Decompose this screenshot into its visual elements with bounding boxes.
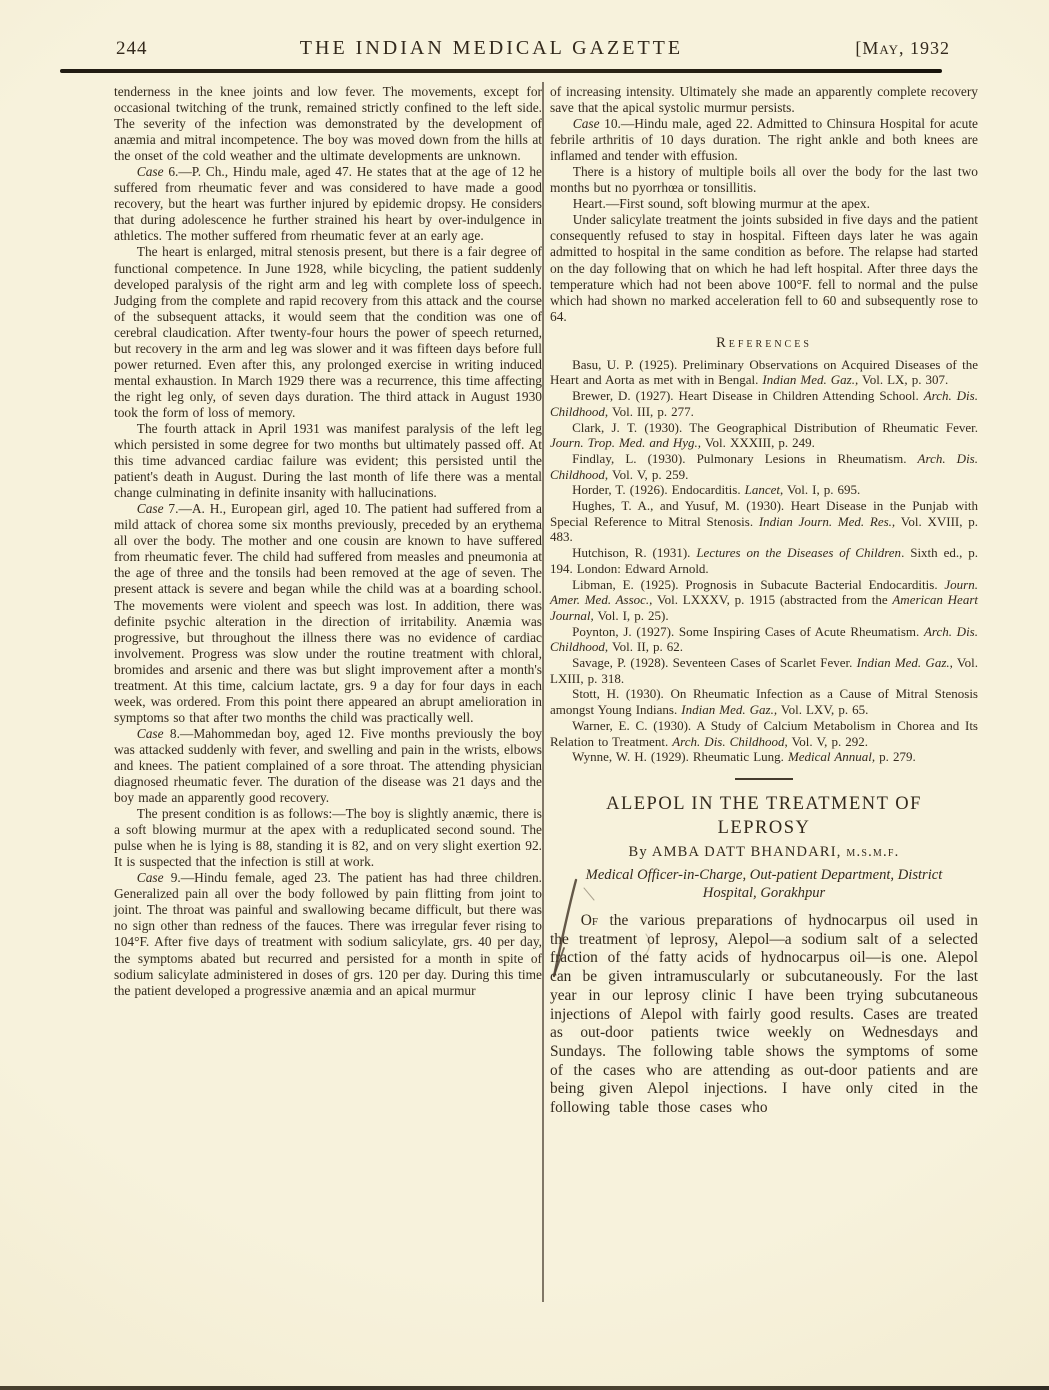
reference-findlay: Findlay, L. (1930). Pulmonary Lesions in… [550,451,978,482]
case-10-heart-paragraph: Heart.—First sound, soft blowing murmur … [550,196,978,212]
case-7-paragraph: Case 7.—A. H., European girl, aged 10. T… [114,501,542,726]
reference-stott: Stott, H. (1930). On Rheumatic Infection… [550,686,978,717]
right-column: of increasing intensity. Ultimately she … [550,84,978,1118]
reference-warner: Warner, E. C. (1930). A Study of Calcium… [550,718,978,749]
case-6-paragraph: Case 6.—P. Ch., Hindu male, aged 47. He … [114,164,542,244]
reference-basu: Basu, U. P. (1925). Preliminary Observat… [550,357,978,388]
article-title: ALEPOL IN THE TREATMENT OF LEPROSY [550,792,978,840]
journal-page: 244 THE INDIAN MEDICAL GAZETTE [May, 193… [0,0,1049,1390]
case-6-fourth-attack-paragraph: The fourth attack in April 1931 was mani… [114,421,542,501]
case-8-present-condition-paragraph: The present condition is as follows:—The… [114,806,542,870]
page-number: 244 [116,38,148,60]
reference-wynne: Wynne, W. H. (1929). Rheumatic Lung. Med… [550,749,978,765]
reference-hughes: Hughes, T. A., and Yusuf, M. (1930). Hea… [550,498,978,545]
references-heading: References [550,335,978,352]
journal-title: THE INDIAN MEDICAL GAZETTE [300,37,683,60]
reference-libman: Libman, E. (1925). Prognosis in Subacute… [550,577,978,624]
case-9-paragraph: Case 9.—Hindu female, aged 23. The patie… [114,870,542,998]
article-byline: By AMBA DATT BHANDARI, m.s.m.f. [550,844,978,861]
page-bottom-edge [0,1386,1049,1390]
case-10-history-paragraph: There is a history of multiple boils all… [550,164,978,196]
reference-poynton: Poynton, J. (1927). Some Inspiring Cases… [550,624,978,655]
page-header: 244 THE INDIAN MEDICAL GAZETTE [May, 193… [116,37,950,60]
continuation-paragraph: of increasing intensity. Ultimately she … [550,84,978,116]
reference-savage: Savage, P. (1928). Seventeen Cases of Sc… [550,655,978,686]
case-8-paragraph: Case 8.—Mahommedan boy, aged 12. Five mo… [114,726,542,806]
reference-hutchison: Hutchison, R. (1931). Lectures on the Di… [550,545,978,576]
left-column: tenderness in the knee joints and low fe… [114,84,542,999]
header-rule [60,69,942,73]
section-divider-rule [735,778,793,780]
article-opening-paragraph: Of the various preparations of hydnocarp… [550,912,978,1118]
issue-date: [May, 1932 [855,38,950,59]
column-divider-rule [542,82,544,1302]
case-6-heart-paragraph: The heart is enlarged, mitral stenosis p… [114,244,542,421]
case-10-paragraph: Case 10.—Hindu male, aged 22. Admitted t… [550,116,978,164]
continuation-paragraph: tenderness in the knee joints and low fe… [114,84,542,164]
reference-brewer: Brewer, D. (1927). Heart Disease in Chil… [550,388,978,419]
reference-clark: Clark, J. T. (1930). The Geographical Di… [550,420,978,451]
case-10-treatment-paragraph: Under salicylate treatment the joints su… [550,212,978,324]
reference-horder: Horder, T. (1926). Endocarditis. Lancet,… [550,482,978,498]
author-affiliation: Medical Officer-in-Charge, Out-patient D… [550,866,978,903]
